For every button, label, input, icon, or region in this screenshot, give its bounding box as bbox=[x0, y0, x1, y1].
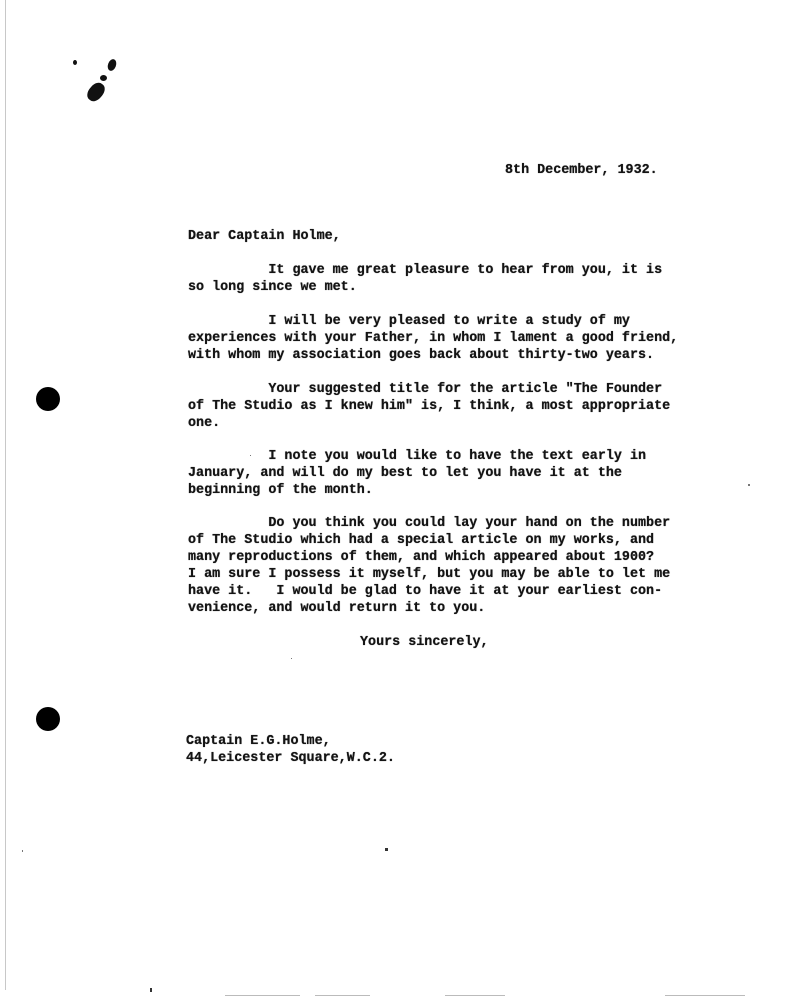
punch-hole-lower bbox=[36, 707, 60, 731]
paragraph-line: with whom my association goes back about… bbox=[188, 347, 654, 364]
paragraph-line: of The Studio which had a special articl… bbox=[188, 532, 654, 549]
paragraph-line: one. bbox=[188, 415, 220, 432]
paragraph-line: experiences with your Father, in whom I … bbox=[188, 330, 678, 347]
letter-page: 8th December, 1932. Dear Captain Holme, … bbox=[0, 0, 802, 1000]
paragraph-line: many reproductions of them, and which ap… bbox=[188, 549, 654, 566]
addressee-address: 44,Leicester Square,W.C.2. bbox=[186, 750, 395, 767]
letter-date: 8th December, 1932. bbox=[505, 162, 658, 179]
paragraph-line: I note you would like to have the text e… bbox=[188, 448, 646, 465]
scan-edge-line bbox=[5, 0, 6, 990]
paragraph-line: I will be very pleased to write a study … bbox=[188, 313, 630, 330]
paragraph-line: have it. I would be glad to have it at y… bbox=[188, 583, 662, 600]
closing: Yours sincerely, bbox=[360, 634, 489, 651]
paragraph-line: I am sure I possess it myself, but you m… bbox=[188, 566, 670, 583]
paragraph-line: so long since we met. bbox=[188, 279, 357, 296]
paragraph-line: venience, and would return it to you. bbox=[188, 600, 485, 617]
addressee-name: Captain E.G.Holme, bbox=[186, 733, 331, 750]
paragraph-line: January, and will do my best to let you … bbox=[188, 465, 622, 482]
paragraph-line: It gave me great pleasure to hear from y… bbox=[188, 262, 662, 279]
paragraph-line: Do you think you could lay your hand on … bbox=[188, 515, 670, 532]
paragraph-line: beginning of the month. bbox=[188, 482, 373, 499]
paragraph-line: Your suggested title for the article "Th… bbox=[188, 381, 662, 398]
punch-hole-upper bbox=[36, 387, 60, 411]
salutation: Dear Captain Holme, bbox=[188, 228, 341, 245]
paragraph-line: of The Studio as I knew him" is, I think… bbox=[188, 398, 670, 415]
